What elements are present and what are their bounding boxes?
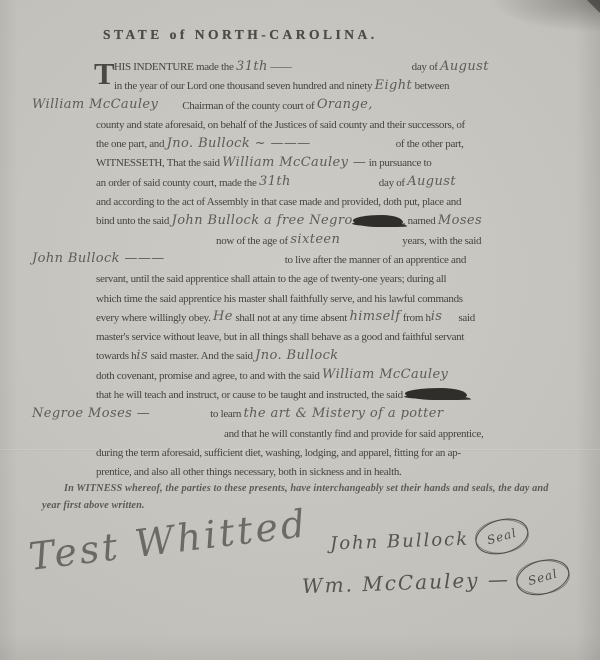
handwritten-text: 31th: [236, 59, 268, 74]
signature-row-john-bullock: John BullockSeal: [329, 521, 529, 562]
printed-text: and according to the act of Assembly in …: [96, 196, 461, 208]
document-title: STATE of NORTH-CAROLINA.: [103, 27, 378, 43]
seal-john-bullock: Seal: [471, 513, 532, 561]
printed-text: , named: [403, 215, 438, 227]
handwritten-text: Negroe Moses —: [32, 406, 150, 421]
ink-blot: [405, 388, 467, 400]
printed-text: which time the said apprentice his maste…: [96, 293, 463, 305]
document-line-21: during the term aforesaid, sufficient di…: [96, 442, 574, 461]
handwritten-text: Moses: [438, 213, 482, 228]
printed-text: the one part, and: [96, 138, 167, 150]
document-line-3: William McCauleyChairman of the county c…: [32, 95, 574, 114]
document-lines: HIS INDENTURE made the 31th ——day of Aug…: [96, 56, 574, 481]
document-body: T HIS INDENTURE made the 31th ——day of A…: [96, 56, 574, 481]
handwritten-text: Eight: [375, 78, 413, 93]
handwritten-text: the art & Mistery of a potter: [244, 406, 444, 421]
printed-text: between: [412, 80, 449, 92]
document-line-11: John Bullock ———to live after the manner…: [32, 249, 574, 268]
printed-text: doth covenant, promise and agree, to and…: [96, 370, 322, 382]
handwritten-text: sixteen: [290, 232, 340, 247]
printed-text: prentice, and also all other things nece…: [96, 466, 402, 478]
printed-text: from h: [400, 312, 430, 324]
document-line-20: and that he will constantly find and pro…: [224, 423, 574, 442]
document-line-14: every where willingly obey. He shall not…: [96, 307, 574, 326]
handwritten-text: August: [407, 174, 456, 189]
handwritten-text: William McCauley —: [222, 155, 366, 170]
mccauley-signature: Wm. McCauley —: [302, 567, 511, 598]
printed-text: day of: [379, 177, 407, 189]
printed-text: towards h: [96, 350, 136, 362]
document-line-13: which time the said apprentice his maste…: [96, 288, 574, 307]
handwritten-text: John Bullock a free Negro: [172, 213, 353, 228]
document-line-16: towards his said master. And the said Jn…: [96, 345, 574, 364]
document-line-17: doth covenant, promise and agree, to and…: [96, 365, 574, 384]
printed-text: bind unto the said: [96, 215, 172, 227]
handwritten-text: He: [213, 309, 233, 324]
document-line-12: servant, until the said apprentice shall…: [96, 268, 574, 287]
document-line-19: Negroe Moses —to learn the art & Mistery…: [32, 403, 574, 422]
printed-text: ——: [268, 61, 292, 73]
document-line-6: WITNESSETH, That the said William McCaul…: [96, 152, 574, 171]
handwritten-text: is: [431, 309, 443, 324]
seal-flourish: [473, 516, 531, 556]
printed-text: said: [458, 312, 475, 324]
document-line-2: in the year of our Lord one thousand sev…: [114, 75, 574, 94]
handwritten-text: Orange,: [317, 97, 373, 112]
printed-text: in the year of our Lord one thousand sev…: [114, 80, 375, 92]
scanned-indenture-document: STATE of NORTH-CAROLINA. T HIS INDENTURE…: [0, 0, 600, 660]
handwritten-text: himself: [349, 309, 400, 324]
handwritten-text: 31th: [259, 174, 291, 189]
printed-text: said master. And the said: [148, 350, 255, 362]
printed-text: now of the age of: [216, 235, 290, 247]
seal-mccauley: Seal: [512, 553, 573, 601]
printed-text: during the term aforesaid, sufficient di…: [96, 447, 461, 459]
page-corner-shadow: [587, 0, 600, 13]
printed-text: shall not at any time absent: [233, 312, 350, 324]
john-bullock-signature: John Bullock: [330, 529, 470, 555]
seal-flourish: [514, 557, 572, 597]
document-line-10: now of the age of sixteenyears, with the…: [216, 230, 574, 249]
printed-text: servant, until the said apprentice shall…: [96, 273, 446, 285]
document-line-1: HIS INDENTURE made the 31th ——day of Aug…: [114, 56, 574, 75]
ink-blot: [353, 215, 403, 227]
drop-cap-letter: T: [94, 59, 115, 89]
document-line-8: and according to the act of Assembly in …: [96, 191, 574, 210]
signature-row-mccauley: Wm. McCauley —Seal: [301, 561, 570, 604]
printed-text: master's service without leave, but in a…: [96, 331, 464, 343]
printed-text: in pursuance to: [366, 157, 431, 169]
document-line-5: the one part, and Jno. Bullock ~ ———of t…: [96, 133, 574, 152]
printed-text: county and state aforesaid, on behalf of…: [96, 119, 465, 131]
document-line-4: county and state aforesaid, on behalf of…: [96, 114, 574, 133]
printed-text: to learn: [210, 408, 243, 420]
printed-text: WITNESSETH, That the said: [96, 157, 222, 169]
printed-text: day of: [412, 61, 440, 73]
document-line-18: that he will teach and instruct, or caus…: [96, 384, 574, 403]
document-line-9: bind unto the said John Bullock a free N…: [96, 210, 574, 229]
handwritten-text: John Bullock ———: [32, 251, 165, 266]
handwritten-text: August: [440, 59, 489, 74]
printed-text: years, with the said: [402, 235, 481, 247]
printed-text: and that he will constantly find and pro…: [224, 428, 483, 440]
handwritten-text: Jno. Bullock: [255, 348, 338, 363]
document-line-15: master's service without leave, but in a…: [96, 326, 574, 345]
printed-text: an order of said county court, made the: [96, 177, 259, 189]
handwritten-text: is: [136, 348, 148, 363]
printed-text: every where willingly obey.: [96, 312, 213, 324]
handwritten-text: William McCauley: [322, 367, 448, 382]
printed-text: of the other part,: [396, 138, 464, 150]
document-line-7: an order of said county court, made the …: [96, 172, 574, 191]
document-line-22: prentice, and also all other things nece…: [96, 461, 574, 480]
printed-text: HIS INDENTURE made the: [114, 61, 236, 73]
printed-text: to live after the manner of an apprentic…: [285, 254, 466, 266]
printed-text: that he will teach and instruct, or caus…: [96, 389, 405, 401]
handwritten-text: Jno. Bullock ~ ———: [167, 136, 311, 151]
printed-text: Chairman of the county court of: [182, 100, 317, 112]
handwritten-text: William McCauley: [32, 97, 158, 112]
